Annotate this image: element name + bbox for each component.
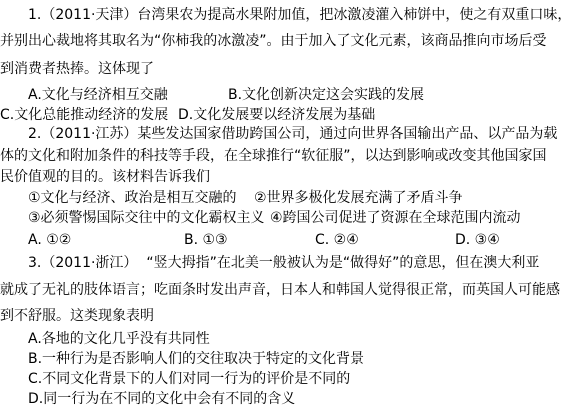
q3-stem-line-3: 到不舒服。这类现象表明 [0,308,154,324]
q3-option-a: A.各地的文化几乎没有共同性 [28,331,210,347]
q2-option-d: D. ③④ [455,232,500,248]
q1-option-a: A.文化与经济相互交融 [28,87,168,103]
q2-stem-line-1: 2.（2011·江苏）某些发达国家借助跨国公司，通过向世界各国输出产品、以产品为… [28,126,557,142]
q2-stem-line-2: 体的文化和附加条件的科技等手段，在全球推行“软征服”，以达到影响或改变其他国家国 [0,148,547,164]
q2-statement-3: ③必须警惕国际交往中的文化霸权主义 [28,210,265,226]
q2-option-b: B. ①③ [184,232,228,248]
q1-stem-line-3: 到消费者热捧。这体现了 [0,61,154,77]
q2-statement-2: ②世界多极化发展充满了矛盾斗争 [254,190,463,206]
q2-statement-1: ①文化与经济、政治是相互交融的 [28,190,237,206]
q3-stem-line-2: 就成了无礼的肢体语言；吃面条时发出声音，日本人和韩国人觉得很正常，而英国人可能感 [0,282,560,298]
q1-option-c: C.文化总能推动经济的发展 [0,107,168,123]
q2-stem-line-3: 民价值观的目的。该材料告诉我们 [0,169,210,185]
q1-stem-line-1: 1.（2011·天津）台湾果农为提高水果附加值，把冰激凌灌入柿饼中，使之有双重口… [28,7,566,23]
q1-stem-line-2: 并别出心裁地将其取名为“你柿我的冰激凌”。由于加入了文化元素，该商品推向市场后受 [0,33,547,49]
q2-option-c: C. ②④ [315,232,359,248]
q3-option-b: B.一种行为是否影响人们的交往取决于特定的文化背景 [28,351,364,367]
q2-statement-4: ④跨国公司促进了资源在全球范围内流动 [270,210,521,226]
q3-stem-line-1: 3.（2011·浙江） “竖大拇指”在北美一般被认为是“做得好”的意思，但在澳大… [28,255,539,271]
q3-option-c: C.不同文化背景下的人们对同一行为的评价是不同的 [28,371,350,387]
q1-option-b: B.文化创新决定这会实践的发展 [228,87,424,103]
q3-option-d: D.同一行为在不同的文化中会有不同的含义 [28,391,295,407]
q2-option-a: A. ①② [28,232,71,248]
q1-option-d: D.文化发展要以经济发展为基础 [178,107,375,123]
exam-questions-page: 1.（2011·天津）台湾果农为提高水果附加值，把冰激凌灌入柿饼中，使之有双重口… [0,0,566,410]
